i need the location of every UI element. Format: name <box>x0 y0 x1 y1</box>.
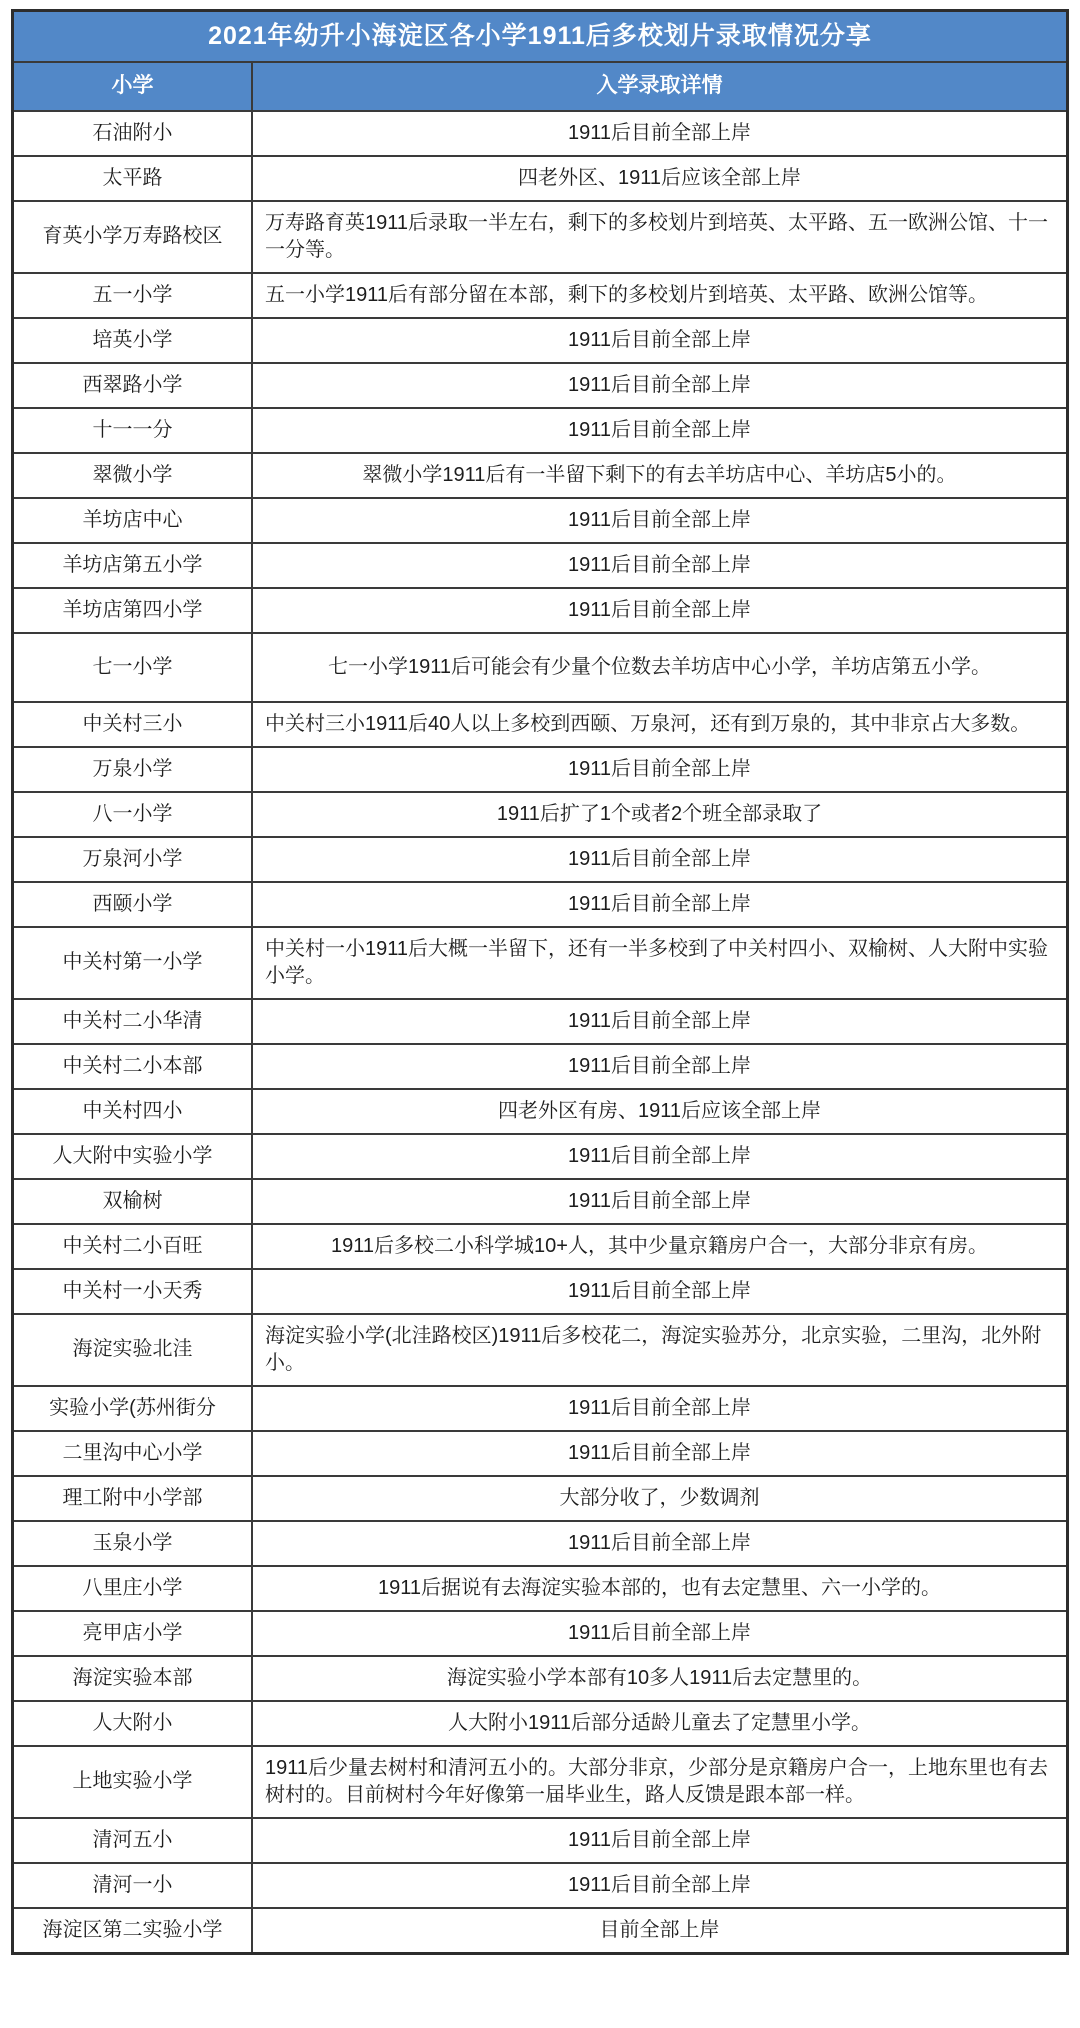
detail-cell: 1911后目前全部上岸 <box>252 1431 1068 1476</box>
table-row: 中关村一小天秀1911后目前全部上岸 <box>13 1269 1068 1314</box>
table-row: 万泉河小学1911后目前全部上岸 <box>13 837 1068 882</box>
school-cell: 中关村二小华清 <box>13 999 252 1044</box>
school-cell: 石油附小 <box>13 111 252 156</box>
table-row: 七一小学七一小学1911后可能会有少量个位数去羊坊店中心小学，羊坊店第五小学。 <box>13 633 1068 702</box>
table-row: 海淀区第二实验小学目前全部上岸 <box>13 1908 1068 1954</box>
table-body: 石油附小1911后目前全部上岸太平路四老外区、1911后应该全部上岸育英小学万寿… <box>13 111 1068 1954</box>
detail-cell: 1911后目前全部上岸 <box>252 543 1068 588</box>
detail-cell: 1911后目前全部上岸 <box>252 318 1068 363</box>
school-cell: 上地实验小学 <box>13 1746 252 1818</box>
detail-cell: 1911后目前全部上岸 <box>252 408 1068 453</box>
school-cell: 理工附中小学部 <box>13 1476 252 1521</box>
detail-cell: 中关村一小1911后大概一半留下，还有一半多校到了中关村四小、双榆树、人大附中实… <box>252 927 1068 999</box>
table-row: 中关村第一小学中关村一小1911后大概一半留下，还有一半多校到了中关村四小、双榆… <box>13 927 1068 999</box>
table-row: 八里庄小学1911后据说有去海淀实验本部的，也有去定慧里、六一小学的。 <box>13 1566 1068 1611</box>
school-cell: 中关村二小百旺 <box>13 1224 252 1269</box>
school-cell: 海淀实验本部 <box>13 1656 252 1701</box>
admissions-table: 2021年幼升小海淀区各小学1911后多校划片录取情况分享 小学 入学录取详情 … <box>11 9 1069 1955</box>
table-row: 培英小学1911后目前全部上岸 <box>13 318 1068 363</box>
detail-cell: 万寿路育英1911后录取一半左右，剩下的多校划片到培英、太平路、五一欧洲公馆、十… <box>252 201 1068 273</box>
detail-cell: 1911后目前全部上岸 <box>252 498 1068 543</box>
school-cell: 八里庄小学 <box>13 1566 252 1611</box>
table-row: 翠微小学翠微小学1911后有一半留下剩下的有去羊坊店中心、羊坊店5小的。 <box>13 453 1068 498</box>
school-cell: 双榆树 <box>13 1179 252 1224</box>
detail-cell: 人大附小1911后部分适龄儿童去了定慧里小学。 <box>252 1701 1068 1746</box>
table-row: 羊坊店第四小学1911后目前全部上岸 <box>13 588 1068 633</box>
detail-cell: 四老外区、1911后应该全部上岸 <box>252 156 1068 201</box>
table-row: 理工附中小学部大部分收了，少数调剂 <box>13 1476 1068 1521</box>
table-row: 羊坊店中心1911后目前全部上岸 <box>13 498 1068 543</box>
school-cell: 海淀实验北洼 <box>13 1314 252 1386</box>
table-row: 十一一分1911后目前全部上岸 <box>13 408 1068 453</box>
school-cell: 羊坊店第四小学 <box>13 588 252 633</box>
school-cell: 人大附小 <box>13 1701 252 1746</box>
detail-cell: 中关村三小1911后40人以上多校到西颐、万泉河，还有到万泉的，其中非京占大多数… <box>252 702 1068 747</box>
table-row: 清河五小1911后目前全部上岸 <box>13 1818 1068 1863</box>
detail-cell: 1911后目前全部上岸 <box>252 111 1068 156</box>
detail-cell: 七一小学1911后可能会有少量个位数去羊坊店中心小学，羊坊店第五小学。 <box>252 633 1068 702</box>
page: 2021年幼升小海淀区各小学1911后多校划片录取情况分享 小学 入学录取详情 … <box>0 0 1080 1969</box>
detail-cell: 1911后据说有去海淀实验本部的，也有去定慧里、六一小学的。 <box>252 1566 1068 1611</box>
school-cell: 五一小学 <box>13 273 252 318</box>
detail-cell: 1911后多校二小科学城10+人，其中少量京籍房户合一，大部分非京有房。 <box>252 1224 1068 1269</box>
school-cell: 实验小学(苏州街分 <box>13 1386 252 1431</box>
school-cell: 十一一分 <box>13 408 252 453</box>
school-cell: 中关村一小天秀 <box>13 1269 252 1314</box>
detail-cell: 1911后目前全部上岸 <box>252 882 1068 927</box>
detail-cell: 1911后少量去树村和清河五小的。大部分非京，少部分是京籍房户合一，上地东里也有… <box>252 1746 1068 1818</box>
detail-cell: 目前全部上岸 <box>252 1908 1068 1954</box>
detail-cell: 1911后目前全部上岸 <box>252 1044 1068 1089</box>
school-cell: 育英小学万寿路校区 <box>13 201 252 273</box>
detail-cell: 1911后目前全部上岸 <box>252 999 1068 1044</box>
column-header-row: 小学 入学录取详情 <box>13 62 1068 110</box>
detail-cell: 1911后目前全部上岸 <box>252 747 1068 792</box>
detail-cell: 大部分收了，少数调剂 <box>252 1476 1068 1521</box>
school-cell: 亮甲店小学 <box>13 1611 252 1656</box>
table-row: 中关村二小华清1911后目前全部上岸 <box>13 999 1068 1044</box>
detail-cell: 1911后目前全部上岸 <box>252 837 1068 882</box>
table-row: 五一小学五一小学1911后有部分留在本部，剩下的多校划片到培英、太平路、欧洲公馆… <box>13 273 1068 318</box>
table-row: 清河一小1911后目前全部上岸 <box>13 1863 1068 1908</box>
column-header-detail: 入学录取详情 <box>252 62 1068 110</box>
column-header-school: 小学 <box>13 62 252 110</box>
detail-cell: 1911后目前全部上岸 <box>252 1134 1068 1179</box>
school-cell: 西翠路小学 <box>13 363 252 408</box>
school-cell: 海淀区第二实验小学 <box>13 1908 252 1954</box>
school-cell: 中关村第一小学 <box>13 927 252 999</box>
detail-cell: 1911后目前全部上岸 <box>252 1179 1068 1224</box>
detail-cell: 四老外区有房、1911后应该全部上岸 <box>252 1089 1068 1134</box>
table-row: 人大附小人大附小1911后部分适龄儿童去了定慧里小学。 <box>13 1701 1068 1746</box>
detail-cell: 1911后目前全部上岸 <box>252 1386 1068 1431</box>
school-cell: 翠微小学 <box>13 453 252 498</box>
table-row: 万泉小学1911后目前全部上岸 <box>13 747 1068 792</box>
table-row: 海淀实验本部海淀实验小学本部有10多人1911后去定慧里的。 <box>13 1656 1068 1701</box>
title-row: 2021年幼升小海淀区各小学1911后多校划片录取情况分享 <box>13 11 1068 63</box>
table-row: 中关村二小百旺1911后多校二小科学城10+人，其中少量京籍房户合一，大部分非京… <box>13 1224 1068 1269</box>
school-cell: 万泉小学 <box>13 747 252 792</box>
detail-cell: 1911后目前全部上岸 <box>252 1269 1068 1314</box>
school-cell: 中关村四小 <box>13 1089 252 1134</box>
school-cell: 人大附中实验小学 <box>13 1134 252 1179</box>
table-row: 石油附小1911后目前全部上岸 <box>13 111 1068 156</box>
detail-cell: 海淀实验小学(北洼路校区)1911后多校花二，海淀实验苏分，北京实验，二里沟，北… <box>252 1314 1068 1386</box>
detail-cell: 翠微小学1911后有一半留下剩下的有去羊坊店中心、羊坊店5小的。 <box>252 453 1068 498</box>
table-row: 双榆树1911后目前全部上岸 <box>13 1179 1068 1224</box>
school-cell: 羊坊店中心 <box>13 498 252 543</box>
school-cell: 羊坊店第五小学 <box>13 543 252 588</box>
page-title: 2021年幼升小海淀区各小学1911后多校划片录取情况分享 <box>13 11 1068 63</box>
school-cell: 清河一小 <box>13 1863 252 1908</box>
school-cell: 太平路 <box>13 156 252 201</box>
table-row: 太平路四老外区、1911后应该全部上岸 <box>13 156 1068 201</box>
detail-cell: 1911后扩了1个或者2个班全部录取了 <box>252 792 1068 837</box>
table-row: 羊坊店第五小学1911后目前全部上岸 <box>13 543 1068 588</box>
school-cell: 中关村二小本部 <box>13 1044 252 1089</box>
school-cell: 七一小学 <box>13 633 252 702</box>
detail-cell: 海淀实验小学本部有10多人1911后去定慧里的。 <box>252 1656 1068 1701</box>
school-cell: 中关村三小 <box>13 702 252 747</box>
table-row: 实验小学(苏州街分1911后目前全部上岸 <box>13 1386 1068 1431</box>
school-cell: 西颐小学 <box>13 882 252 927</box>
school-cell: 玉泉小学 <box>13 1521 252 1566</box>
detail-cell: 1911后目前全部上岸 <box>252 363 1068 408</box>
detail-cell: 五一小学1911后有部分留在本部，剩下的多校划片到培英、太平路、欧洲公馆等。 <box>252 273 1068 318</box>
detail-cell: 1911后目前全部上岸 <box>252 1611 1068 1656</box>
table-row: 西翠路小学1911后目前全部上岸 <box>13 363 1068 408</box>
table-row: 亮甲店小学1911后目前全部上岸 <box>13 1611 1068 1656</box>
detail-cell: 1911后目前全部上岸 <box>252 588 1068 633</box>
table-row: 二里沟中心小学1911后目前全部上岸 <box>13 1431 1068 1476</box>
table-row: 上地实验小学1911后少量去树村和清河五小的。大部分非京，少部分是京籍房户合一，… <box>13 1746 1068 1818</box>
table-row: 西颐小学1911后目前全部上岸 <box>13 882 1068 927</box>
table-row: 中关村二小本部1911后目前全部上岸 <box>13 1044 1068 1089</box>
detail-cell: 1911后目前全部上岸 <box>252 1863 1068 1908</box>
school-cell: 八一小学 <box>13 792 252 837</box>
table-row: 中关村三小中关村三小1911后40人以上多校到西颐、万泉河，还有到万泉的，其中非… <box>13 702 1068 747</box>
school-cell: 万泉河小学 <box>13 837 252 882</box>
table-row: 玉泉小学1911后目前全部上岸 <box>13 1521 1068 1566</box>
school-cell: 培英小学 <box>13 318 252 363</box>
table-row: 海淀实验北洼海淀实验小学(北洼路校区)1911后多校花二，海淀实验苏分，北京实验… <box>13 1314 1068 1386</box>
school-cell: 清河五小 <box>13 1818 252 1863</box>
detail-cell: 1911后目前全部上岸 <box>252 1521 1068 1566</box>
table-row: 育英小学万寿路校区万寿路育英1911后录取一半左右，剩下的多校划片到培英、太平路… <box>13 201 1068 273</box>
table-row: 八一小学1911后扩了1个或者2个班全部录取了 <box>13 792 1068 837</box>
table-row: 人大附中实验小学1911后目前全部上岸 <box>13 1134 1068 1179</box>
detail-cell: 1911后目前全部上岸 <box>252 1818 1068 1863</box>
school-cell: 二里沟中心小学 <box>13 1431 252 1476</box>
table-row: 中关村四小四老外区有房、1911后应该全部上岸 <box>13 1089 1068 1134</box>
